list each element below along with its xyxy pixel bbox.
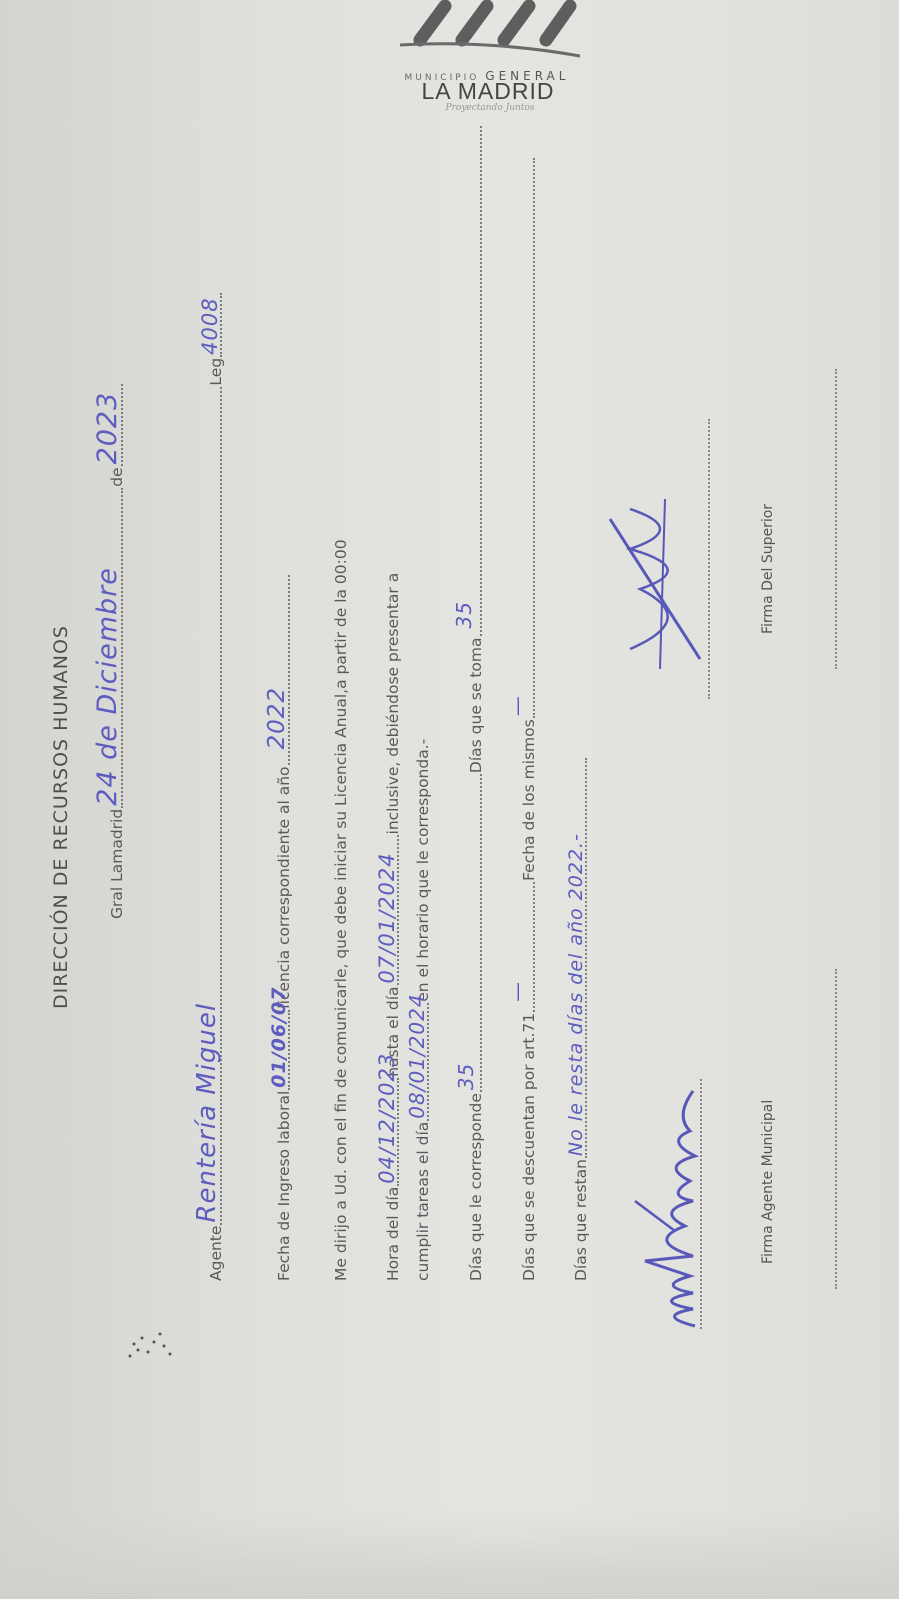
dias-descuentan-label: Días que se descuentan por art.71 [520,1013,538,1281]
dias-descuentan-field[interactable]: — [533,882,535,1012]
superior-signature [590,489,710,679]
agente-field[interactable]: Rentería Miguel [220,387,222,1225]
cumplir-field[interactable]: 08/01/2024 [427,1003,429,1121]
dias-restan-label: Días que restan [572,1159,590,1281]
hora-label: Hora del día [384,1187,402,1281]
fecha-mismos-written-value: — [505,695,529,716]
place-label: Gral Lamadrid [108,809,126,919]
fecha-ingreso-line: Fecha de Ingreso laboral 01/06/07 licenc… [275,574,293,1281]
agente-written-value: Rentería Miguel [192,1003,222,1223]
cumplir-suffix: en el horario que le corresponda.- [414,739,432,1002]
agente-signature [615,1081,705,1331]
licencia-year-written-value: 2022 [264,687,290,750]
leg-label: Leg [207,358,225,386]
dias-corresponde-written-value: 35 [454,1063,478,1090]
superior-signature-label: Firma Del Superior [760,504,776,634]
leg-written-value: 4008 [198,297,222,354]
dias-corresponde-line: Días que le corresponde 35 Días que se t… [467,126,485,1282]
agente-signature-label: Firma Agente Municipal [760,1100,776,1264]
dias-restan-written-value: No le resta días del año 2022.- [565,833,587,1156]
year-written-value: 2023 [92,392,123,465]
fecha-ingreso-field[interactable]: 01/06/07 [288,1010,290,1090]
paragraph-text: Me dirijo a Ud. con el fin de comunicarl… [332,539,350,1281]
hora-line: Hora del día 04/12/2023 hasta el día 07/… [384,573,402,1281]
dias-corresponde-field[interactable]: 35 [480,774,482,1092]
hasta-field[interactable]: 07/01/2024 [397,835,399,985]
agente-line: Agente Rentería Miguel Leg 4008 [207,292,225,1281]
desde-field[interactable]: 04/12/2023 [397,1078,399,1186]
cumplir-line: cumplir tareas el día 08/01/2024 en el h… [414,739,432,1281]
fecha-ingreso-label: Fecha de Ingreso laboral [275,1091,293,1281]
bottom-left-dotted-line [835,969,837,1289]
dias-restan-line: Días que restan No le resta días del año… [572,757,590,1281]
hasta-written-value: 07/01/2024 [375,852,399,983]
dias-toma-field[interactable]: 35 [480,127,482,637]
cumplir-written-value: 08/01/2024 [405,993,429,1118]
fecha-mismos-label: Fecha de los mismos [520,719,538,881]
place-date-line: Gral Lamadrid 24 de Diciembre de 2023 [108,383,126,919]
licencia-year-field[interactable]: 2022 [288,575,290,765]
licencia-label: licencia correspondiente al año [275,766,293,1008]
bottom-right-dotted-line [835,369,837,669]
leave-form: DIRECCIÓN DE RECURSOS HUMANOS Gral Lamad… [0,0,899,1599]
de-label: de [108,467,126,486]
dias-restan-field[interactable]: No le resta días del año 2022.- [585,758,587,1158]
form-title: DIRECCIÓN DE RECURSOS HUMANOS [50,625,72,1009]
fecha-ingreso-written-value: 01/06/07 [268,987,290,1088]
dias-toma-written-value: 35 [452,601,476,628]
paragraph-line: Me dirijo a Ud. con el fin de comunicarl… [332,539,350,1281]
fecha-mismos-field[interactable]: — [533,158,535,718]
cumplir-label: cumplir tareas el día [414,1122,432,1281]
stamp-mark-icon [120,1324,180,1364]
date-field[interactable]: 24 de Diciembre [121,488,123,808]
year-field[interactable]: 2023 [121,384,123,466]
dias-descuentan-line: Días que se descuentan por art.71 — Fech… [520,157,538,1281]
dias-toma-label: Días que se toma [467,638,485,774]
hora-suffix: inclusive, debiéndose presentar a [384,573,402,835]
leg-field[interactable]: 4008 [220,293,222,357]
desde-written-value: 04/12/2023 [375,1053,399,1184]
dias-corresponde-label: Días que le corresponde [467,1093,485,1281]
agente-label: Agente [207,1226,225,1281]
dias-descuentan-written-value: — [505,981,529,1002]
date-written-value: 24 de Diciembre [92,567,123,806]
